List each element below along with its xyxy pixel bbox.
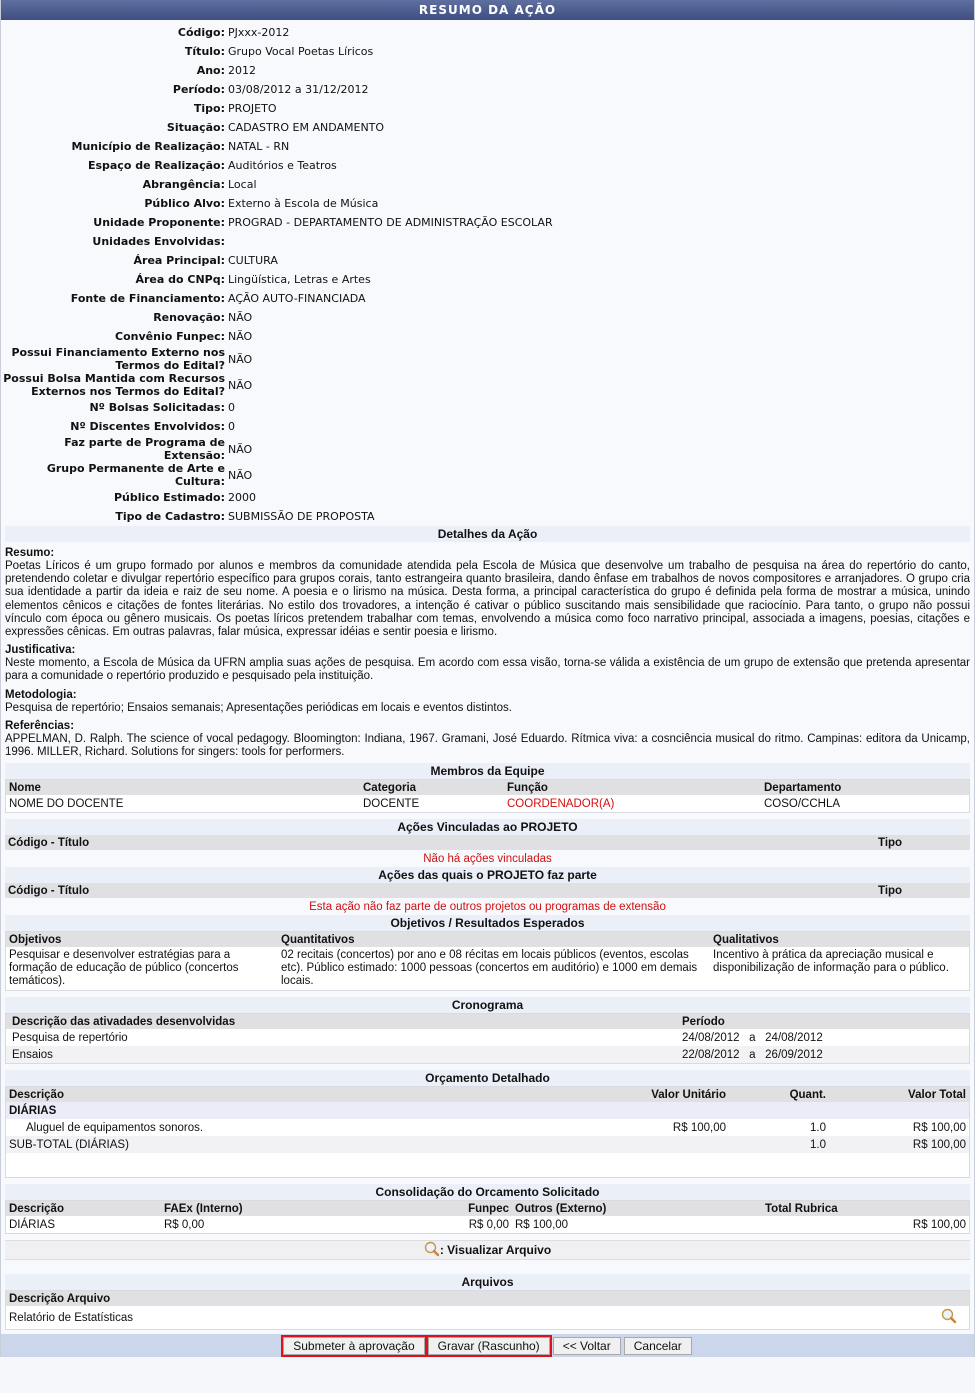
field-label: Faz parte de Programa de Extensão: bbox=[1, 436, 227, 462]
files-table: Descrição Arquivo Relatório de Estatísti… bbox=[5, 1290, 970, 1330]
consolidation-table: Descrição FAEx (Interno) Funpec Outros (… bbox=[5, 1200, 970, 1234]
linked-caption: Ações Vinculadas ao PROJETO bbox=[5, 819, 970, 835]
field-value: CULTURA bbox=[227, 254, 278, 267]
field-label: Situação: bbox=[1, 121, 227, 134]
field-row: Ano:2012 bbox=[1, 61, 974, 80]
field-label: Abrangência: bbox=[1, 178, 227, 191]
metodologia-text: Pesquisa de repertório; Ensaios semanais… bbox=[5, 702, 970, 715]
field-label: Público Estimado: bbox=[1, 491, 227, 504]
cons-desc: DIÁRIAS bbox=[6, 1216, 161, 1233]
activity-period: 22/08/2012 a 26/09/2012 bbox=[679, 1046, 969, 1063]
field-row: Renovação:NÃO bbox=[1, 308, 974, 327]
referencias-block: Referências: APPELMAN, D. Ralph. The sci… bbox=[1, 720, 974, 759]
field-row: Nº Discentes Envolvidos:0 bbox=[1, 417, 974, 436]
magnifier-icon[interactable] bbox=[941, 1308, 957, 1327]
field-value: 2000 bbox=[227, 491, 256, 504]
subtotal-qty: 1.0 bbox=[729, 1136, 829, 1153]
field-label: Fonte de Financiamento: bbox=[1, 292, 227, 305]
field-value: NATAL - RN bbox=[227, 140, 289, 153]
field-label: Público Alvo: bbox=[1, 197, 227, 210]
col-outros: Outros (Externo) bbox=[512, 1201, 762, 1216]
member-role: COORDENADOR(A) bbox=[504, 795, 761, 812]
budget-table: Descrição Valor Unitário Quant. Valor To… bbox=[5, 1086, 970, 1178]
resumo-label: Resumo: bbox=[5, 547, 970, 560]
field-label: Renovação: bbox=[1, 311, 227, 324]
table-row: Aluguel de equipamentos sonoros. R$ 100,… bbox=[6, 1119, 969, 1136]
schedule-caption: Cronograma bbox=[5, 997, 970, 1013]
metodologia-label: Metodologia: bbox=[5, 689, 970, 702]
field-label: Possui Bolsa Mantida com Recursos Extern… bbox=[1, 372, 227, 398]
col-nome: Nome bbox=[6, 780, 360, 795]
subtotal-total: R$ 100,00 bbox=[829, 1136, 969, 1153]
details-caption: Detalhes da Ação bbox=[5, 526, 970, 542]
field-value: Local bbox=[227, 178, 257, 191]
field-row: Código:PJxxx-2012 bbox=[1, 23, 974, 42]
table-row: Ensaios 22/08/2012 a 26/09/2012 bbox=[6, 1046, 969, 1063]
col-valor-total: Valor Total bbox=[829, 1087, 969, 1102]
col-objetivos: Objetivos bbox=[6, 932, 278, 947]
field-row: Título:Grupo Vocal Poetas Líricos bbox=[1, 42, 974, 61]
field-row: Área Principal:CULTURA bbox=[1, 251, 974, 270]
field-value: NÃO bbox=[227, 353, 252, 366]
col-funcao: Função bbox=[504, 780, 761, 795]
submit-button[interactable]: Submeter à aprovação bbox=[283, 1337, 424, 1355]
item-total: R$ 100,00 bbox=[829, 1119, 969, 1136]
subtotal-desc: SUB-TOTAL (DIÁRIAS) bbox=[6, 1136, 589, 1153]
page-title: RESUMO DA AÇÃO bbox=[1, 0, 974, 20]
view-file-button[interactable] bbox=[929, 1306, 969, 1329]
field-label: Código: bbox=[1, 26, 227, 39]
cons-funpec: R$ 0,00 bbox=[392, 1216, 512, 1233]
field-label: Espaço de Realização: bbox=[1, 159, 227, 172]
field-row: Convênio Funpec:NÃO bbox=[1, 327, 974, 346]
files-caption: Arquivos bbox=[5, 1274, 970, 1290]
col-codigo-titulo: Código - Título bbox=[5, 883, 875, 898]
justificativa-text: Neste momento, a Escola de Música da UFR… bbox=[5, 657, 970, 683]
field-value: NÃO bbox=[227, 443, 252, 456]
field-value: PJxxx-2012 bbox=[227, 26, 289, 39]
legend-row: : Visualizar Arquivo bbox=[5, 1240, 970, 1260]
field-row: Área do CNPq:Lingüística, Letras e Artes bbox=[1, 270, 974, 289]
resumo-text: Poetas Líricos é um grupo formado por al… bbox=[5, 560, 970, 639]
justificativa-block: Justificativa: Neste momento, a Escola d… bbox=[1, 644, 974, 683]
field-value: NÃO bbox=[227, 379, 252, 392]
field-row: Unidade Proponente:PROGRAD - DEPARTAMENT… bbox=[1, 213, 974, 232]
qualitative-text: Incentivo à prática da apreciação musica… bbox=[710, 947, 969, 990]
button-bar: Submeter à aprovação Gravar (Rascunho) <… bbox=[1, 1334, 974, 1357]
field-label: Área do CNPq: bbox=[1, 273, 227, 286]
resumo-panel: RESUMO DA AÇÃO Código:PJxxx-2012Título:G… bbox=[0, 0, 975, 1357]
field-label: Tipo: bbox=[1, 102, 227, 115]
metodologia-block: Metodologia: Pesquisa de repertório; Ens… bbox=[1, 689, 974, 715]
action-fields: Código:PJxxx-2012Título:Grupo Vocal Poet… bbox=[1, 20, 974, 526]
field-row: Público Estimado:2000 bbox=[1, 488, 974, 507]
field-row: Público Alvo:Externo à Escola de Música bbox=[1, 194, 974, 213]
field-value: 0 bbox=[227, 401, 235, 414]
item-desc: Aluguel de equipamentos sonoros. bbox=[6, 1119, 589, 1136]
cons-outros: R$ 100,00 bbox=[512, 1216, 762, 1233]
field-label: Tipo de Cadastro: bbox=[1, 510, 227, 523]
subtotal-row: SUB-TOTAL (DIÁRIAS) 1.0 R$ 100,00 bbox=[6, 1136, 969, 1153]
field-row: Unidades Envolvidas: bbox=[1, 232, 974, 251]
field-row: Abrangência:Local bbox=[1, 175, 974, 194]
field-value: Lingüística, Letras e Artes bbox=[227, 273, 371, 286]
field-value: SUBMISSÃO DE PROPOSTA bbox=[227, 510, 375, 523]
col-descricao-arquivo: Descrição Arquivo bbox=[6, 1291, 929, 1306]
field-label: Município de Realização: bbox=[1, 140, 227, 153]
referencias-label: Referências: bbox=[5, 720, 970, 733]
member-department: COSO/CCHLA bbox=[761, 795, 969, 812]
activity-desc: Pesquisa de repertório bbox=[6, 1029, 679, 1046]
field-value: Grupo Vocal Poetas Líricos bbox=[227, 45, 373, 58]
table-row: Pesquisar e desenvolver estratégias para… bbox=[6, 947, 969, 990]
parent-table: Código - Título Tipo Esta ação não faz p… bbox=[5, 883, 970, 915]
table-row: DIÁRIAS R$ 0,00 R$ 0,00 R$ 100,00 R$ 100… bbox=[6, 1216, 969, 1233]
col-valor-unitario: Valor Unitário bbox=[589, 1087, 729, 1102]
field-value: Auditórios e Teatros bbox=[227, 159, 337, 172]
field-label: Nº Discentes Envolvidos: bbox=[1, 420, 227, 433]
field-label: Título: bbox=[1, 45, 227, 58]
col-descricao: Descrição bbox=[6, 1087, 589, 1102]
field-row: Fonte de Financiamento:AÇÃO AUTO-FINANCI… bbox=[1, 289, 974, 308]
empty-message: Esta ação não faz parte de outros projet… bbox=[5, 898, 970, 915]
field-value: NÃO bbox=[227, 330, 252, 343]
col-descricao: Descrição bbox=[6, 1201, 161, 1216]
field-row: Grupo Permanente de Arte e Cultura:NÃO bbox=[1, 462, 974, 488]
field-label: Ano: bbox=[1, 64, 227, 77]
field-value: 2012 bbox=[227, 64, 256, 77]
field-row: Período:03/08/2012 a 31/12/2012 bbox=[1, 80, 974, 99]
table-row: Relatório de Estatísticas bbox=[6, 1306, 969, 1329]
field-label: Convênio Funpec: bbox=[1, 330, 227, 343]
field-row: Município de Realização:NATAL - RN bbox=[1, 137, 974, 156]
quantitative-text: 02 recitais (concertos) por ano e 08 réc… bbox=[278, 947, 710, 990]
field-value: 03/08/2012 a 31/12/2012 bbox=[227, 83, 369, 96]
col-descricao: Descrição das ativadades desenvolvidas bbox=[6, 1014, 679, 1029]
activity-desc: Ensaios bbox=[6, 1046, 679, 1063]
budget-group: DIÁRIAS bbox=[6, 1102, 969, 1119]
team-caption: Membros da Equipe bbox=[5, 763, 970, 779]
table-row: NOME DO DOCENTE DOCENTE COORDENADOR(A) C… bbox=[6, 795, 969, 812]
field-value: NÃO bbox=[227, 311, 252, 324]
table-row: Pesquisa de repertório 24/08/2012 a 24/0… bbox=[6, 1029, 969, 1046]
file-name: Relatório de Estatísticas bbox=[6, 1306, 929, 1329]
field-row: Nº Bolsas Solicitadas:0 bbox=[1, 398, 974, 417]
budget-caption: Orçamento Detalhado bbox=[5, 1070, 970, 1086]
field-label: Grupo Permanente de Arte e Cultura: bbox=[1, 462, 227, 488]
field-row: Possui Bolsa Mantida com Recursos Extern… bbox=[1, 372, 974, 398]
field-value: PROJETO bbox=[227, 102, 277, 115]
field-row: Situação:CADASTRO EM ANDAMENTO bbox=[1, 118, 974, 137]
col-tipo: Tipo bbox=[875, 883, 970, 898]
member-category: DOCENTE bbox=[360, 795, 504, 812]
field-value: CADASTRO EM ANDAMENTO bbox=[227, 121, 384, 134]
activity-period: 24/08/2012 a 24/08/2012 bbox=[679, 1029, 969, 1046]
back-button[interactable]: << Voltar bbox=[553, 1337, 621, 1355]
field-row: Espaço de Realização:Auditórios e Teatro… bbox=[1, 156, 974, 175]
col-departamento: Departamento bbox=[761, 780, 969, 795]
col-categoria: Categoria bbox=[360, 780, 504, 795]
field-label: Unidades Envolvidas: bbox=[1, 235, 227, 248]
col-total-rubrica: Total Rubrica bbox=[762, 1201, 969, 1216]
field-label: Possui Financiamento Externo nos Termos … bbox=[1, 346, 227, 372]
field-label: Nº Bolsas Solicitadas: bbox=[1, 401, 227, 414]
col-qualitativos: Qualitativos bbox=[710, 932, 969, 947]
field-value: 0 bbox=[227, 420, 235, 433]
objective-text: Pesquisar e desenvolver estratégias para… bbox=[6, 947, 278, 990]
member-name: NOME DO DOCENTE bbox=[6, 795, 360, 812]
referencias-text: APPELMAN, D. Ralph. The science of vocal… bbox=[5, 733, 970, 759]
field-row: Tipo:PROJETO bbox=[1, 99, 974, 118]
field-value: NÃO bbox=[227, 469, 252, 482]
resumo-block: Resumo: Poetas Líricos é um grupo formad… bbox=[1, 547, 974, 639]
col-periodo: Período bbox=[679, 1014, 969, 1029]
objectives-caption: Objetivos / Resultados Esperados bbox=[5, 915, 970, 931]
field-row: Possui Financiamento Externo nos Termos … bbox=[1, 346, 974, 372]
item-qty: 1.0 bbox=[729, 1119, 829, 1136]
field-value: PROGRAD - DEPARTAMENTO DE ADMINISTRAÇÃO … bbox=[227, 216, 553, 229]
cancel-button[interactable]: Cancelar bbox=[624, 1337, 692, 1355]
team-table: Nome Categoria Função Departamento NOME … bbox=[5, 779, 970, 813]
field-value: Externo à Escola de Música bbox=[227, 197, 378, 210]
col-faex: FAEx (Interno) bbox=[161, 1201, 392, 1216]
parent-caption: Ações das quais o PROJETO faz parte bbox=[5, 867, 970, 883]
objectives-table: Objetivos Quantitativos Qualitativos Pes… bbox=[5, 931, 970, 991]
item-unit: R$ 100,00 bbox=[589, 1119, 729, 1136]
col-funpec: Funpec bbox=[392, 1201, 512, 1216]
field-label: Unidade Proponente: bbox=[1, 216, 227, 229]
justificativa-label: Justificativa: bbox=[5, 644, 970, 657]
linked-table: Código - Título Tipo Não há ações vincul… bbox=[5, 835, 970, 867]
col-quantitativos: Quantitativos bbox=[278, 932, 710, 947]
field-label: Período: bbox=[1, 83, 227, 96]
col-tipo: Tipo bbox=[875, 835, 970, 850]
col-codigo-titulo: Código - Título bbox=[5, 835, 875, 850]
field-row: Tipo de Cadastro:SUBMISSÃO DE PROPOSTA bbox=[1, 507, 974, 526]
col-quant: Quant. bbox=[729, 1087, 829, 1102]
consolidation-caption: Consolidação do Orcamento Solicitado bbox=[5, 1184, 970, 1200]
field-value: AÇÃO AUTO-FINANCIADA bbox=[227, 292, 366, 305]
magnifier-icon bbox=[424, 1241, 440, 1260]
schedule-table: Descrição das ativadades desenvolvidas P… bbox=[5, 1013, 970, 1064]
field-row: Faz parte de Programa de Extensão:NÃO bbox=[1, 436, 974, 462]
cons-faex: R$ 0,00 bbox=[161, 1216, 392, 1233]
field-label: Área Principal: bbox=[1, 254, 227, 267]
legend-text: : Visualizar Arquivo bbox=[440, 1243, 551, 1257]
cons-total: R$ 100,00 bbox=[762, 1216, 969, 1233]
save-draft-button[interactable]: Gravar (Rascunho) bbox=[428, 1337, 550, 1355]
empty-message: Não há ações vinculadas bbox=[5, 850, 970, 867]
